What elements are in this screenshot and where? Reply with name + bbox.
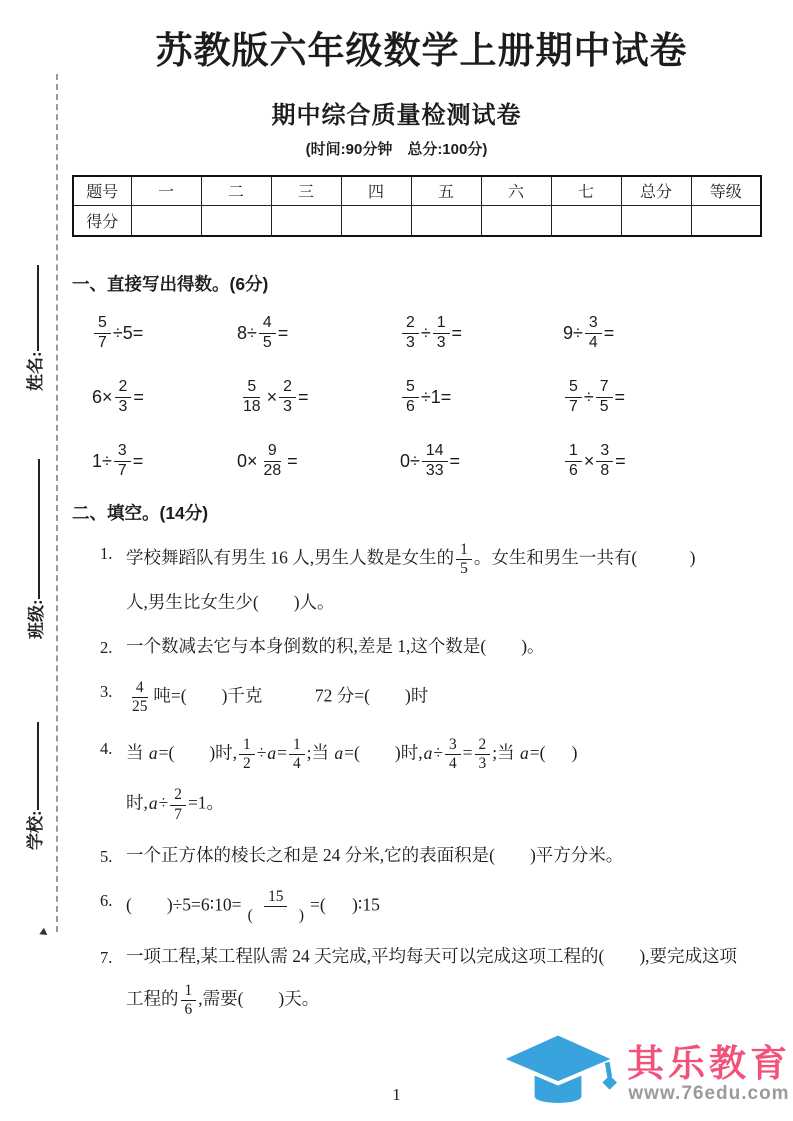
math-variable: a xyxy=(333,743,344,763)
calc-problem: 518×23= xyxy=(237,366,400,430)
calc-problem: 57÷75= xyxy=(563,366,773,430)
school-label-text: 学校: xyxy=(21,810,46,850)
math-variable: a xyxy=(519,743,530,763)
section1-heading: 一、直接写出得数。(6分) xyxy=(72,271,793,296)
fill-item: 3.425吨=( )千克 72 分=( )时 xyxy=(100,679,773,716)
calc-problem: 57÷5= xyxy=(92,302,237,366)
fraction-denominator: 33 xyxy=(422,462,448,481)
fraction-numerator: 2 xyxy=(475,736,491,755)
item-number: 1. xyxy=(100,541,126,615)
exam-subtitle: 期中综合质量检测试卷 xyxy=(0,95,793,130)
fraction-numerator: 1 xyxy=(433,314,450,334)
fraction-denominator: 3 xyxy=(279,398,296,417)
fraction: 23 xyxy=(115,378,132,416)
item-text: 一个正方体的棱长之和是 24 分米,它的表面积是( )平方分米。 xyxy=(126,844,773,868)
item-text: 学校舞蹈队有男生 16 人,男生人数是女生的15。女生和男生一共有( )人,男生… xyxy=(126,541,773,615)
fraction-numerator: 1 xyxy=(565,442,582,462)
student-school-label: 学校: xyxy=(20,706,46,850)
item-line: 一项工程,某工程队需 24 天完成,平均每天可以完成这项工程的( ),要完成这项 xyxy=(126,945,773,969)
fraction-numerator: 3 xyxy=(114,442,131,462)
item-line: 当 a=( )时,12÷a=14;当 a=( )时,a÷34=23;当 a=( … xyxy=(126,736,773,773)
fraction-numerator: 2 xyxy=(279,378,296,398)
item-text: 425吨=( )千克 72 分=( )时 xyxy=(126,679,773,716)
seal-dashed-line xyxy=(56,74,58,932)
fraction: 1433 xyxy=(422,442,448,480)
fraction: 23 xyxy=(279,378,296,416)
fraction: 45 xyxy=(259,314,276,352)
fill-item: 7.一项工程,某工程队需 24 天完成,平均每天可以完成这项工程的( ),要完成… xyxy=(100,945,773,1019)
item-text: ( )÷5=6∶10=15( )=( )∶15 xyxy=(126,888,773,925)
item-number: 6. xyxy=(100,888,126,925)
fraction: 27 xyxy=(170,786,186,823)
fraction: 16 xyxy=(181,982,197,1019)
fraction-denominator: 5 xyxy=(259,334,276,353)
fraction: 12 xyxy=(239,736,255,773)
fraction-numerator: 9 xyxy=(264,442,281,462)
class-label-text: 班级: xyxy=(22,599,47,639)
fraction-denominator: 4 xyxy=(445,755,461,773)
fraction-denominator: 5 xyxy=(456,560,472,578)
fraction-numerator: 1 xyxy=(456,541,472,560)
fraction-numerator: 2 xyxy=(115,378,132,398)
fraction: 518 xyxy=(239,378,265,416)
fraction: 13 xyxy=(433,314,450,352)
fraction: 23 xyxy=(475,736,491,773)
score-empty-cell xyxy=(691,206,761,236)
name-blank-line xyxy=(27,265,39,351)
section2-heading: 二、填空。(14分) xyxy=(72,500,793,525)
fraction-denominator: 6 xyxy=(181,1001,197,1019)
score-table: 题号一二三四五六七总分等级 得分 xyxy=(72,175,762,237)
score-empty-cell xyxy=(621,206,691,236)
fraction-numerator: 3 xyxy=(445,736,461,755)
fraction-numerator: 7 xyxy=(596,378,613,398)
item-number: 3. xyxy=(100,679,126,716)
fraction-denominator: 5 xyxy=(596,398,613,417)
fill-item: 2.一个数减去它与本身倒数的积,差是 1,这个数是( )。 xyxy=(100,635,773,659)
item-text: 一项工程,某工程队需 24 天完成,平均每天可以完成这项工程的( ),要完成这项… xyxy=(126,945,773,1019)
fraction-numerator: 4 xyxy=(132,679,148,698)
score-header-cell: 等级 xyxy=(691,176,761,206)
score-header-cell: 三 xyxy=(271,176,341,206)
item-line: 一个数减去它与本身倒数的积,差是 1,这个数是( )。 xyxy=(126,635,773,659)
fraction: 34 xyxy=(585,314,602,352)
score-header-cell: 四 xyxy=(341,176,411,206)
fraction-numerator: 1 xyxy=(239,736,255,755)
fraction-denominator: 3 xyxy=(475,755,491,773)
score-row-label: 得分 xyxy=(73,206,131,236)
item-number: 2. xyxy=(100,635,126,659)
fraction-numerator: 1 xyxy=(181,982,197,1001)
fraction-denominator: 3 xyxy=(115,398,132,417)
score-empty-cell xyxy=(411,206,481,236)
fraction-numerator: 2 xyxy=(170,786,186,805)
fraction: 23 xyxy=(402,314,419,352)
fraction: 56 xyxy=(402,378,419,416)
calc-problem: 0÷1433= xyxy=(400,430,563,494)
calc-problem: 6×23= xyxy=(92,366,237,430)
class-blank-line xyxy=(28,459,40,599)
fraction-denominator: 28 xyxy=(260,462,286,481)
item-text: 一个数减去它与本身倒数的积,差是 1,这个数是( )。 xyxy=(126,635,773,659)
fraction-denominator: 6 xyxy=(402,398,419,417)
fraction-denominator: 18 xyxy=(239,398,265,417)
calc-problem: 8÷45= xyxy=(237,302,400,366)
item-line: 工程的16,需要( )天。 xyxy=(126,982,773,1019)
fraction-denominator: 6 xyxy=(565,462,582,481)
fraction-denominator: 7 xyxy=(170,806,186,824)
score-header-cell: 一 xyxy=(131,176,201,206)
fraction-numerator: 5 xyxy=(243,378,260,398)
fill-item: 6.( )÷5=6∶10=15( )=( )∶15 xyxy=(100,888,773,925)
score-empty-cell xyxy=(341,206,411,236)
brand-logo: 其乐教育 www.76edu.com xyxy=(491,1030,791,1119)
fraction-numerator: 3 xyxy=(596,442,613,462)
fraction: 75 xyxy=(596,378,613,416)
fraction: 57 xyxy=(565,378,582,416)
item-line: 学校舞蹈队有男生 16 人,男生人数是女生的15。女生和男生一共有( ) xyxy=(126,541,773,578)
score-table-score-row: 得分 xyxy=(73,206,761,236)
item-number: 7. xyxy=(100,945,126,1019)
fraction-denominator: 4 xyxy=(289,755,305,773)
fill-item: 1.学校舞蹈队有男生 16 人,男生人数是女生的15。女生和男生一共有( )人,… xyxy=(100,541,773,615)
item-line: 时,a÷27=1。 xyxy=(126,786,773,823)
exam-paper-page: 姓名: 班级: 学校: 苏教版六年级数学上册期中试卷 期中综合质量检测试卷 (时… xyxy=(0,0,793,1121)
fraction-numerator: 3 xyxy=(585,314,602,334)
math-variable: a xyxy=(423,743,434,763)
score-empty-cell xyxy=(271,206,341,236)
fraction-denominator: ( ) xyxy=(244,907,308,925)
fraction-numerator: 1 xyxy=(289,736,305,755)
fraction-denominator: 3 xyxy=(402,334,419,353)
fraction-numerator: 14 xyxy=(422,442,448,462)
score-empty-cell xyxy=(131,206,201,236)
item-line: 人,男生比女生少( )人。 xyxy=(126,591,773,615)
score-header-cell: 六 xyxy=(481,176,551,206)
score-table-header-row: 题号一二三四五六七总分等级 xyxy=(73,176,761,206)
score-empty-cell xyxy=(481,206,551,236)
fraction-numerator: 5 xyxy=(402,378,419,398)
math-variable: a xyxy=(148,743,159,763)
fraction-denominator: 4 xyxy=(585,334,602,353)
school-blank-line xyxy=(27,722,39,810)
fraction: 15( ) xyxy=(244,888,308,925)
brand-text-block: 其乐教育 www.76edu.com xyxy=(627,1044,791,1106)
fill-item: 5.一个正方体的棱长之和是 24 分米,它的表面积是( )平方分米。 xyxy=(100,844,773,868)
fraction: 14 xyxy=(289,736,305,773)
math-variable: a xyxy=(266,743,277,763)
fraction-numerator: 15 xyxy=(264,888,287,907)
item-line: 425吨=( )千克 72 分=( )时 xyxy=(126,679,773,716)
fraction-numerator: 5 xyxy=(94,314,111,334)
score-header-cell: 总分 xyxy=(621,176,691,206)
fraction-numerator: 4 xyxy=(259,314,276,334)
exam-meta: (时间:90分钟 总分:100分) xyxy=(0,138,793,159)
brand-name: 其乐教育 xyxy=(627,1044,791,1085)
score-header-cell: 七 xyxy=(551,176,621,206)
calc-problem: 56÷1= xyxy=(400,366,563,430)
item-number: 5. xyxy=(100,844,126,868)
calc-problem: 23÷13= xyxy=(400,302,563,366)
student-class-label: 班级: xyxy=(21,443,47,639)
fraction-denominator: 7 xyxy=(114,462,131,481)
fraction: 928 xyxy=(260,442,286,480)
fraction: 57 xyxy=(94,314,111,352)
fraction: 38 xyxy=(596,442,613,480)
fraction-numerator: 5 xyxy=(565,378,582,398)
fraction-denominator: 25 xyxy=(128,698,151,716)
item-line: 一个正方体的棱长之和是 24 分米,它的表面积是( )平方分米。 xyxy=(126,844,773,868)
math-variable: a xyxy=(148,793,159,813)
fraction-denominator: 2 xyxy=(239,755,255,773)
fraction-numerator: 2 xyxy=(402,314,419,334)
fraction-denominator: 3 xyxy=(433,334,450,353)
item-number: 4. xyxy=(100,736,126,824)
fraction: 15 xyxy=(456,541,472,578)
name-label-text: 姓名: xyxy=(21,351,46,391)
calc-problem-grid: 57÷5=8÷45=23÷13=9÷34=6×23=518×23=56÷1=57… xyxy=(92,302,773,494)
score-header-cell: 题号 xyxy=(73,176,131,206)
fraction: 37 xyxy=(114,442,131,480)
page-title: 苏教版六年级数学上册期中试卷 xyxy=(60,30,783,73)
calc-problem: 16×38= xyxy=(563,430,773,494)
score-header-cell: 五 xyxy=(411,176,481,206)
score-empty-cell xyxy=(201,206,271,236)
graduation-cap-icon xyxy=(497,1030,619,1119)
fraction-denominator: 8 xyxy=(596,462,613,481)
brand-website: www.76edu.com xyxy=(628,1083,789,1105)
student-name-label: 姓名: xyxy=(20,249,46,391)
score-header-cell: 二 xyxy=(201,176,271,206)
item-text: 当 a=( )时,12÷a=14;当 a=( )时,a÷34=23;当 a=( … xyxy=(126,736,773,824)
score-empty-cell xyxy=(551,206,621,236)
calc-problem: 9÷34= xyxy=(563,302,773,366)
fill-in-blank-list: 1.学校舞蹈队有男生 16 人,男生人数是女生的15。女生和男生一共有( )人,… xyxy=(0,541,793,1020)
fraction: 425 xyxy=(128,679,151,716)
fraction: 16 xyxy=(565,442,582,480)
fraction-denominator: 7 xyxy=(565,398,582,417)
calc-problem: 1÷37= xyxy=(92,430,237,494)
calc-problem: 0×928= xyxy=(237,430,400,494)
fill-item: 4.当 a=( )时,12÷a=14;当 a=( )时,a÷34=23;当 a=… xyxy=(100,736,773,824)
item-line: ( )÷5=6∶10=15( )=( )∶15 xyxy=(126,888,773,925)
fraction: 34 xyxy=(445,736,461,773)
fraction-denominator: 7 xyxy=(94,334,111,353)
